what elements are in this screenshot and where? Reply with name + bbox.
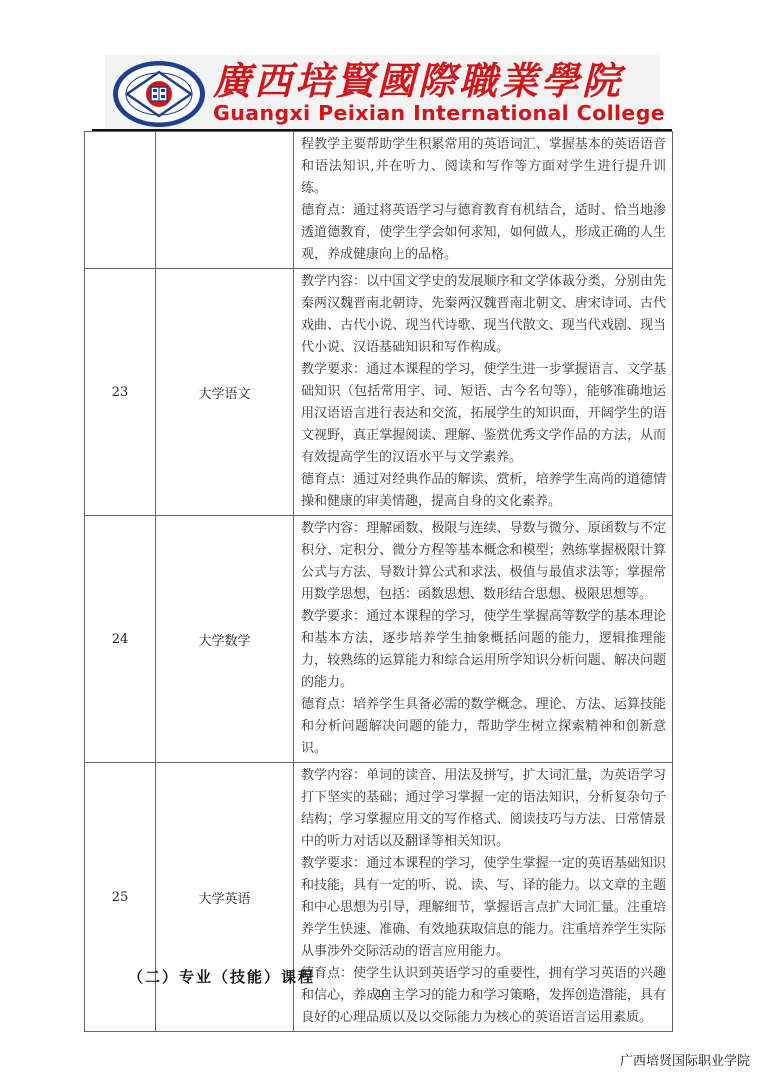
table-row: 程教学主要帮助学生积累常用的英语词汇、掌握基本的英语语音和语法知识,并在听力、阅… — [85, 132, 673, 269]
page-number: 10 — [376, 988, 388, 1000]
description-paragraph: 教学要求：通过本课程的学习，使学生进一步掌握语言、文学基础知识（包括常用字、词、… — [301, 359, 666, 469]
course-name: 大学英语 — [156, 763, 294, 1032]
course-description: 教学内容：单词的读音、用法及拼写，扩大词汇量，为英语学习打下坚实的基础；通过学习… — [294, 763, 673, 1032]
course-number: 24 — [85, 516, 156, 763]
table-row: 23 大学语文 教学内容：以中国文学史的发展顺序和文学体裁分类，分别由先秦两汉魏… — [85, 269, 673, 516]
course-description: 教学内容：以中国文学史的发展顺序和文学体裁分类，分别由先秦两汉魏晋南北朝诗、先秦… — [294, 269, 673, 516]
description-paragraph: 程教学主要帮助学生积累常用的英语词汇、掌握基本的英语语音和语法知识,并在听力、阅… — [301, 134, 666, 200]
course-name — [156, 132, 294, 269]
description-paragraph: 教学内容：以中国文学史的发展顺序和文学体裁分类，分别由先秦两汉魏晋南北朝诗、先秦… — [301, 271, 666, 359]
table-row: 24 大学数学 教学内容：理解函数、极限与连续、导数与微分、原函数与不定积分、定… — [85, 516, 673, 763]
course-name: 大学语文 — [156, 269, 294, 516]
description-paragraph: 德育点：通过对经典作品的解读、赏析，培养学生高尚的道德情操和健康的审美情趣，提高… — [301, 469, 666, 513]
college-name-english: Guangxi Peixian International College — [213, 101, 665, 125]
course-name: 大学数学 — [156, 516, 294, 763]
description-paragraph: 德育点：使学生认识到英语学习的重要性，拥有学习英语的兴趣和信心，养成自主学习的能… — [301, 963, 666, 1029]
college-name-chinese: 廣西培賢國際職業學院 — [213, 59, 623, 103]
description-paragraph: 德育点：培养学生具备必需的数学概念、理论、方法、运算技能和分析问题解决问题的能力… — [301, 694, 666, 760]
description-paragraph: 教学要求：通过本课程的学习，使学生掌握高等数学的基本理论和基本方法，逐步培养学生… — [301, 606, 666, 694]
course-table: 程教学主要帮助学生积累常用的英语词汇、掌握基本的英语语音和语法知识,并在听力、阅… — [84, 131, 673, 1032]
course-number — [85, 132, 156, 269]
description-paragraph: 德育点：通过将英语学习与德育教育有机结合，适时、恰当地渗透道德教育，使学生学会如… — [301, 200, 666, 266]
course-number: 23 — [85, 269, 156, 516]
course-description: 教学内容：理解函数、极限与连续、导数与微分、原函数与不定积分、定积分、微分方程等… — [294, 516, 673, 763]
college-logo-icon — [111, 59, 207, 129]
section-heading: （二）专业（技能）课程 — [128, 966, 315, 987]
description-paragraph: 教学内容：理解函数、极限与连续、导数与微分、原函数与不定积分、定积分、微分方程等… — [301, 518, 666, 606]
college-header-banner: 廣西培賢國際職業學院 Guangxi Peixian International… — [105, 55, 660, 131]
description-paragraph: 教学内容：单词的读音、用法及拼写，扩大词汇量，为英语学习打下坚实的基础；通过学习… — [301, 765, 666, 853]
footer-organization: 广西培贤国际职业学院 — [620, 1050, 750, 1069]
course-number: 25 — [85, 763, 156, 1032]
description-paragraph: 教学要求：通过本课程的学习，使学生掌握一定的英语基础知识和技能，具有一定的听、说… — [301, 853, 666, 963]
course-description: 程教学主要帮助学生积累常用的英语词汇、掌握基本的英语语音和语法知识,并在听力、阅… — [294, 132, 673, 269]
